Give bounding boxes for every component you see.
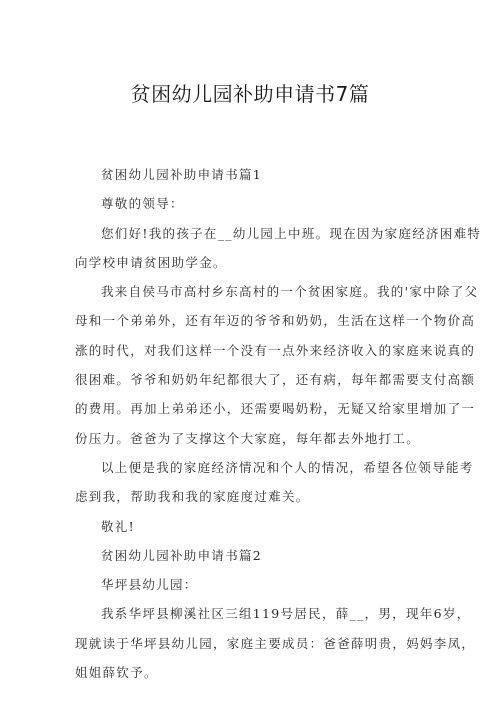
paragraph-line: 涨的时代，对我们这样一个没有一点外来经济收入的家庭来说真的 — [75, 336, 429, 365]
paragraph-line: 的费用。再加上弟弟还小，还需要喝奶粉，无疑又给家里增加了一 — [75, 394, 429, 423]
paragraph-line: 以上便是我的家庭经济情况和个人的情况，希望各位领导能考 — [75, 453, 429, 482]
paragraph-line: 我系华坪县柳溪社区三组119号居民，薛__，男，现年6岁， — [75, 599, 429, 628]
section-heading: 贫困幼儿园补助申请书篇1 — [75, 160, 429, 189]
paragraph-line: 份压力。爸爸为了支撑这个大家庭，每年都去外地打工。 — [75, 424, 429, 453]
paragraph-line: 您们好!我的孩子在__幼儿园上中班。现在因为家庭经济困难特 — [75, 219, 429, 248]
salutation: 尊敬的领导： — [75, 189, 429, 218]
paragraph-line: 现就读于华坪县幼儿园，家庭主要成员：爸爸薛明贵，妈妈李凤， — [75, 629, 429, 658]
paragraph-line: 虑到我，帮助我和我的家庭度过难关。 — [75, 482, 429, 511]
section-heading: 贫困幼儿园补助申请书篇2 — [75, 541, 429, 570]
paragraph: 您们好!我的孩子在__幼儿园上中班。现在因为家庭经济困难特 向学校申请贫困助学金… — [75, 219, 429, 278]
paragraph: 我系华坪县柳溪社区三组119号居民，薛__，男，现年6岁， 现就读于华坪县幼儿园… — [75, 599, 429, 687]
paragraph-line: 姐姐薛钦予。 — [75, 658, 429, 687]
paragraph: 以上便是我的家庭经济情况和个人的情况，希望各位领导能考 虑到我，帮助我和我的家庭… — [75, 453, 429, 512]
document-title: 贫困幼儿园补助申请书7篇 — [0, 80, 500, 108]
salutation: 华坪县幼儿园： — [75, 570, 429, 599]
document-page: 贫困幼儿园补助申请书7篇 贫困幼儿园补助申请书篇1 尊敬的领导： 您们好!我的孩… — [0, 0, 500, 707]
section-2: 贫困幼儿园补助申请书篇2 华坪县幼儿园： 我系华坪县柳溪社区三组119号居民，薛… — [75, 541, 429, 687]
section-1: 贫困幼儿园补助申请书篇1 尊敬的领导： 您们好!我的孩子在__幼儿园上中班。现在… — [75, 160, 429, 541]
paragraph: 我来自侯马市高村乡东高村的一个贫困家庭。我的'家中除了父 母和一个弟弟外，还有年… — [75, 277, 429, 453]
closing: 敬礼! — [75, 512, 429, 541]
paragraph-line: 很困难。爷爷和奶奶年纪都很大了，还有病，每年都需要支付高额 — [75, 365, 429, 394]
paragraph-line: 我来自侯马市高村乡东高村的一个贫困家庭。我的'家中除了父 — [75, 277, 429, 306]
paragraph-line: 母和一个弟弟外，还有年迈的爷爷和奶奶，生活在这样一个物价高 — [75, 306, 429, 335]
paragraph-line: 向学校申请贫困助学金。 — [75, 248, 429, 277]
document-body: 贫困幼儿园补助申请书篇1 尊敬的领导： 您们好!我的孩子在__幼儿园上中班。现在… — [75, 160, 429, 687]
